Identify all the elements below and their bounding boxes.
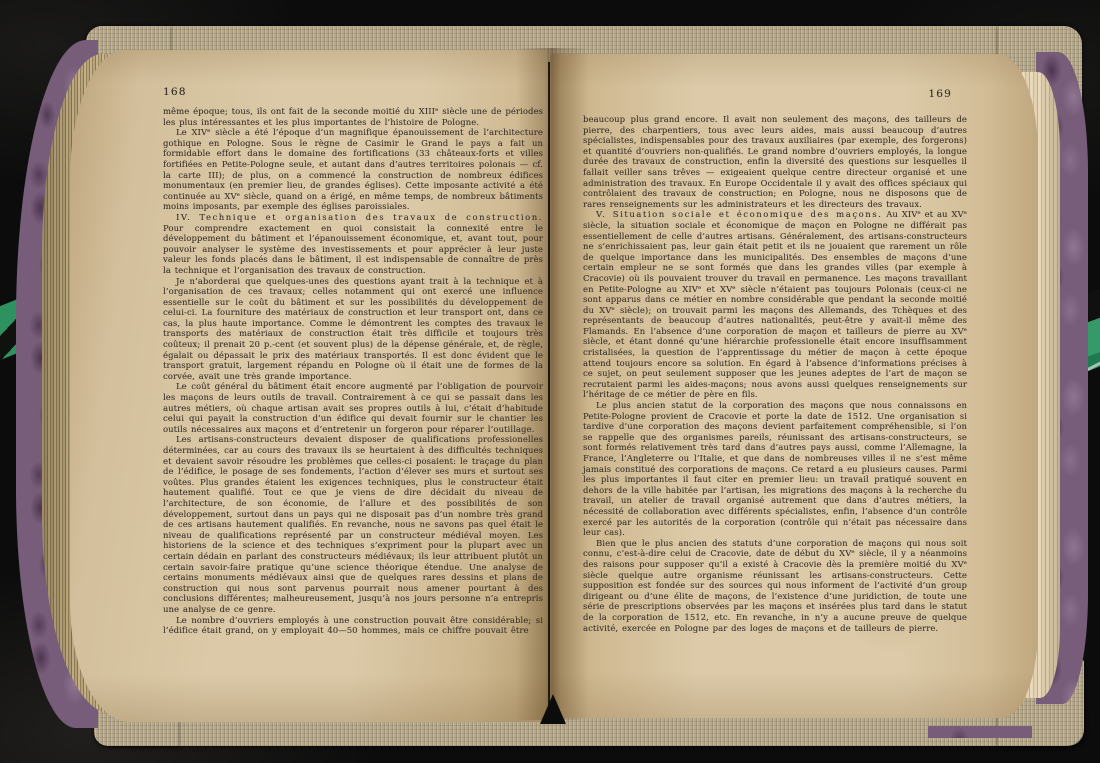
paragraph: V. Situation sociale et économique des m… bbox=[583, 209, 967, 400]
paragraph: Le coût général du bâtiment était encore… bbox=[163, 381, 543, 434]
paragraph-text: Pour comprendre exactement en quoi consi… bbox=[163, 223, 543, 275]
paragraph: Je n’aborderai que quelques-unes des que… bbox=[163, 276, 543, 382]
right-page-text: beaucoup plus grand encore. Il avait non… bbox=[583, 114, 967, 633]
paragraph: beaucoup plus grand encore. Il avait non… bbox=[583, 114, 967, 209]
page-number-right: 169 bbox=[898, 88, 952, 100]
book-photo: 168 169 même époque; tous, ils ont fait … bbox=[0, 0, 1100, 763]
paragraph-text: Au XIVᵉ et au XVᵉ siècle, la situation s… bbox=[583, 209, 967, 399]
book-cover-bottom-sliver bbox=[928, 726, 1032, 738]
paragraph: Le nombre d’ouvriers employés à une cons… bbox=[163, 615, 543, 636]
page-number-left: 168 bbox=[163, 86, 187, 98]
paragraph: IV. Technique et organisation des travau… bbox=[163, 212, 543, 276]
section-heading-v: V. Situation sociale et économique des m… bbox=[596, 209, 882, 219]
paragraph: Le XIVᵉ siècle a été l’époque d’un magni… bbox=[163, 127, 543, 212]
left-page-text: même époque; tous, ils ont fait de la se… bbox=[163, 106, 543, 636]
paragraph: Les artisans-constructeurs devaient disp… bbox=[163, 434, 543, 614]
paragraph: Le plus ancien statut de la corporation … bbox=[583, 400, 967, 538]
section-heading-iv: IV. Technique et organisation des travau… bbox=[176, 212, 543, 222]
paragraph: Bien que le plus ancien des statuts d’un… bbox=[583, 538, 967, 633]
paragraph: même époque; tous, ils ont fait de la se… bbox=[163, 106, 543, 127]
